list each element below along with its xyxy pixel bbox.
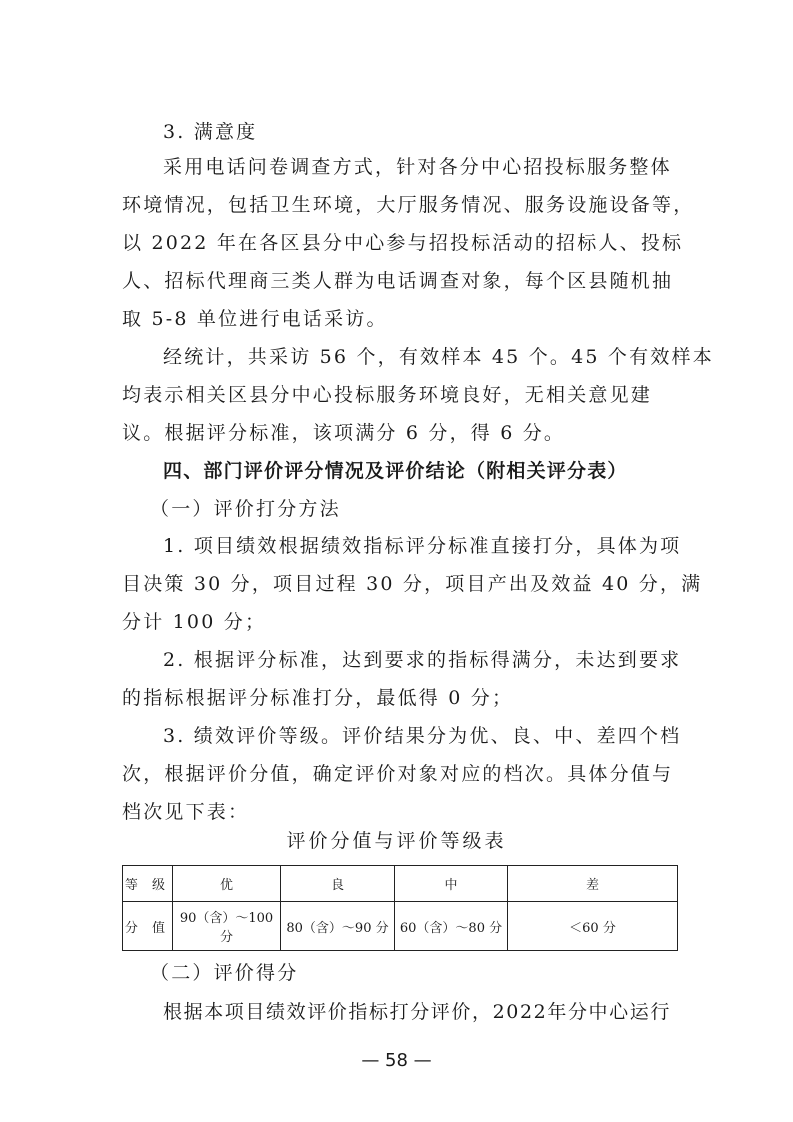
list-item-line: 1. 项目绩效根据绩效指标评分标准直接打分，具体为项 <box>163 534 681 558</box>
subsection-heading-score: （二）评价得分 <box>150 961 298 985</box>
list-item-line: 分计 100 分； <box>122 610 266 634</box>
table-cell: 良 <box>281 866 395 902</box>
list-item-line: 的指标根据评分标准打分，最低得 0 分； <box>122 686 513 710</box>
list-item-line: 档次见下表： <box>122 800 249 824</box>
paragraph-line: 采用电话问卷调查方式，针对各分中心招投标服务整体 <box>163 155 672 179</box>
paragraph-line: 环境情况，包括卫生环境，大厅服务情况、服务设施设备等， <box>122 193 694 217</box>
table-cell: 90（含）～100 分 <box>173 902 281 951</box>
table-row: 分 值 90（含）～100 分 80（含）～90 分 60（含）～80 分 ＜6… <box>123 902 678 951</box>
table-cell: 分 值 <box>123 902 173 951</box>
section-heading-satisfaction: 3. 满意度 <box>163 120 257 144</box>
table-caption: 评价分值与评价等级表 <box>0 826 793 853</box>
paragraph-line: 经统计，共采访 56 个，有效样本 45 个。45 个有效样本 <box>163 345 714 369</box>
paragraph-line: 根据本项目绩效评价指标打分评价，2022年分中心运行 <box>163 1000 671 1024</box>
table-cell: 优 <box>173 866 281 902</box>
table-cell: 80（含）～90 分 <box>281 902 395 951</box>
paragraph-line: 均表示相关区县分中心投标服务环境良好，无相关意见建 <box>122 383 652 407</box>
table-cell: 60（含）～80 分 <box>395 902 508 951</box>
list-item-line: 3. 绩效评价等级。评价结果分为优、良、中、差四个档 <box>163 724 681 748</box>
subsection-heading-method: （一）评价打分方法 <box>150 497 341 521</box>
paragraph-line: 人、招标代理商三类人群为电话调查对象，每个区县随机抽 <box>122 269 673 293</box>
list-item-line: 次，根据评价分值，确定评价对象对应的档次。具体分值与 <box>122 762 673 786</box>
paragraph-line: 以 2022 年在各区县分中心参与招投标活动的招标人、投标 <box>122 231 683 255</box>
paragraph-line: 取 5-8 单位进行电话采访。 <box>122 307 388 331</box>
chapter-heading: 四、部门评价评分情况及评价结论（附相关评分表） <box>163 459 628 483</box>
table-cell: 差 <box>508 866 678 902</box>
list-item-line: 目决策 30 分，项目过程 30 分，项目产出及效益 40 分，满 <box>122 572 702 596</box>
table-cell: ＜60 分 <box>508 902 678 951</box>
table-cell: 等 级 <box>123 866 173 902</box>
page-number: — 58 — <box>0 1050 793 1071</box>
table-row: 等 级 优 良 中 差 <box>123 866 678 902</box>
table-cell: 中 <box>395 866 508 902</box>
grade-table: 等 级 优 良 中 差 分 值 90（含）～100 分 80（含）～90 分 6… <box>122 865 678 951</box>
list-item-line: 2. 根据评分标准，达到要求的指标得满分，未达到要求 <box>163 648 681 672</box>
paragraph-line: 议。根据评分标准，该项满分 6 分，得 6 分。 <box>122 421 565 445</box>
